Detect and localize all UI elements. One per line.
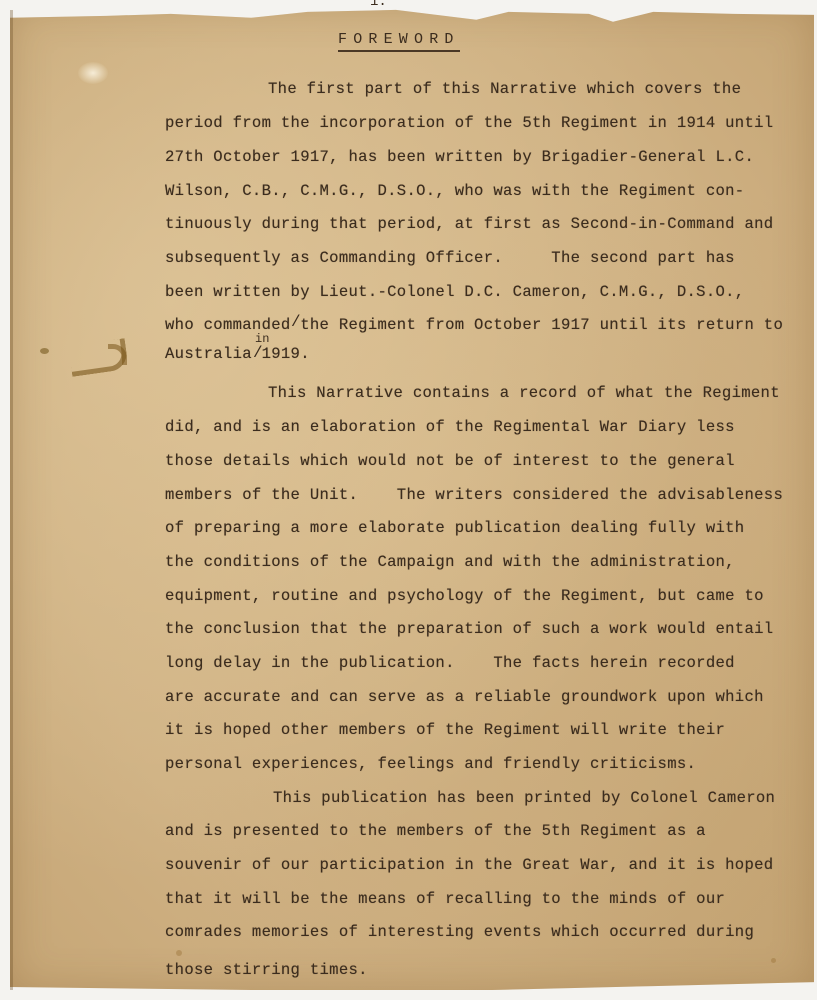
text-line: Wilson, C.B., C.M.G., D.S.O., who was wi… bbox=[165, 182, 744, 200]
text-line: the conditions of the Campaign and with … bbox=[165, 553, 735, 571]
text-line: souvenir of our participation in the Gre… bbox=[165, 856, 773, 874]
text-line: period from the incorporation of the 5th… bbox=[165, 114, 773, 132]
page-number: 1. bbox=[370, 0, 387, 10]
insertion-caret: / bbox=[253, 344, 263, 362]
text-line: The first part of this Narrative which c… bbox=[268, 80, 741, 98]
stain-dot bbox=[771, 958, 776, 963]
text-line: and is presented to the members of the 5… bbox=[165, 822, 706, 840]
page-title: FOREWORD bbox=[338, 31, 460, 52]
stain-dot bbox=[40, 348, 49, 354]
paper-edge bbox=[10, 10, 13, 990]
text-line: members of the Unit. The writers conside… bbox=[165, 486, 783, 504]
text-line: the conclusion that the preparation of s… bbox=[165, 620, 773, 638]
text-line: subsequently as Commanding Officer. The … bbox=[165, 249, 735, 267]
text-line: equipment, routine and psychology of the… bbox=[165, 587, 764, 605]
stain-dot bbox=[176, 950, 182, 956]
text-line: are accurate and can serve as a reliable… bbox=[165, 688, 764, 706]
text-line: long delay in the publication. The facts… bbox=[165, 654, 735, 672]
text-line: Australia 1919. bbox=[165, 345, 310, 363]
text-line: of preparing a more elaborate publicatio… bbox=[165, 519, 744, 537]
text-line: This publication has been printed by Col… bbox=[273, 789, 775, 807]
text-line: it is hoped other members of the Regimen… bbox=[165, 721, 725, 739]
text-line: that it will be the means of recalling t… bbox=[165, 890, 725, 908]
text-line: This Narrative contains a record of what… bbox=[268, 384, 780, 402]
text-line: those details which would not be of inte… bbox=[165, 452, 735, 470]
text-line: tinuously during that period, at first a… bbox=[165, 215, 773, 233]
strike-mark: / bbox=[291, 313, 301, 331]
paper-crease bbox=[78, 62, 108, 84]
text-line: those stirring times. bbox=[165, 961, 368, 979]
text-line: comrades memories of interesting events … bbox=[165, 923, 754, 941]
text-line: been written by Lieut.-Colonel D.C. Came… bbox=[165, 283, 744, 301]
text-line: 27th October 1917, has been written by B… bbox=[165, 148, 754, 166]
text-line: did, and is an elaboration of the Regime… bbox=[165, 418, 735, 436]
text-line: personal experiences, feelings and frien… bbox=[165, 755, 696, 773]
